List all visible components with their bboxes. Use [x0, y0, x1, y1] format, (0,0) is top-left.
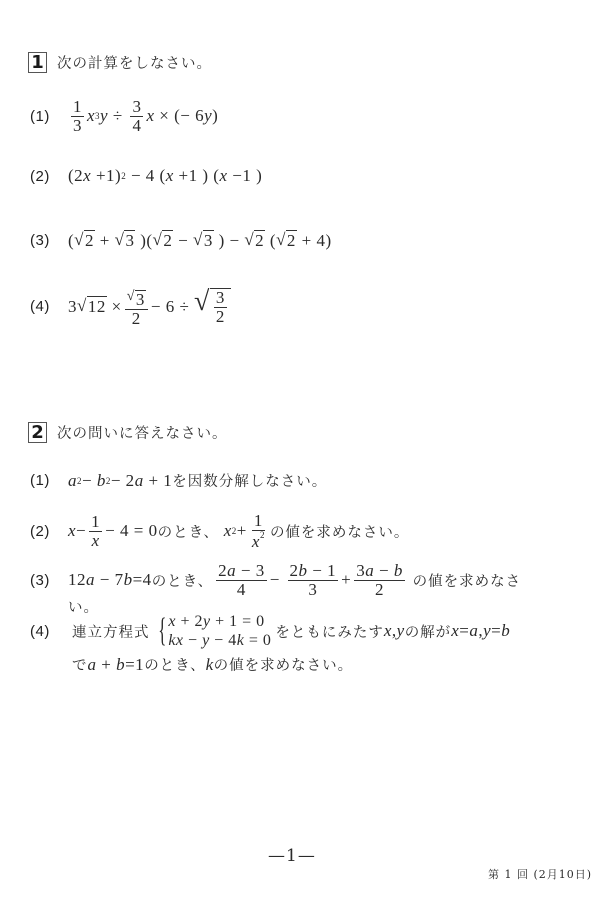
problem-label: (2) [30, 168, 68, 185]
problem-2-4-line2: でa + b=1のとき、kの値を求めなさい。 [72, 654, 353, 675]
problem-label: (4) [30, 623, 72, 640]
problem-label: (1) [30, 472, 68, 489]
problem-1-4: (4) 3√12 ×√32− 6 ÷ √32 [30, 286, 231, 328]
section-instruction: 次の問いに答えなさい。 [57, 422, 228, 443]
problem-label: (4) [30, 298, 68, 315]
problem-1-2: (2) (2x +1)2 − 4 (x +1 ) (x −1 ) [30, 166, 262, 186]
problem-2-3: (3) 12a − 7b=4のとき、2a − 34− 2b − 13+3a − … [30, 562, 521, 599]
equation-system: { x + 2y + 1 = 0 kx − y − 4k = 0 [154, 612, 272, 650]
section-1-heading: 1 次の計算をしなさい。 [28, 52, 212, 73]
problem-1-3: (3) (√2 + √3 )(√2 − √3 ) − √2 (√2 + 4) [30, 230, 332, 251]
problem-label: (2) [30, 523, 68, 540]
problem-label: (3) [30, 572, 68, 589]
problem-label: (3) [30, 232, 68, 249]
session-date: 第 1 回 (2月10日) [488, 866, 592, 882]
problem-2-1: (1) a2− b2− 2a + 1を因数分解しなさい。 [30, 470, 327, 491]
section-number-box: 1 [28, 52, 47, 73]
section-2-heading: 2 次の問いに答えなさい。 [28, 422, 228, 443]
page-number: —1— [268, 846, 316, 866]
problem-1-1: (1) 13 x3y ÷ 34x × (− 6y) [30, 98, 218, 135]
problem-2-2: (2) x−1x− 4 = 0のとき、 x2+1x2の値を求めなさい。 [30, 512, 409, 551]
section-number-box: 2 [28, 422, 47, 443]
problem-2-4: (4) 連立方程式 { x + 2y + 1 = 0 kx − y − 4k =… [30, 612, 510, 650]
section-instruction: 次の計算をしなさい。 [57, 52, 212, 73]
problem-label: (1) [30, 108, 68, 125]
